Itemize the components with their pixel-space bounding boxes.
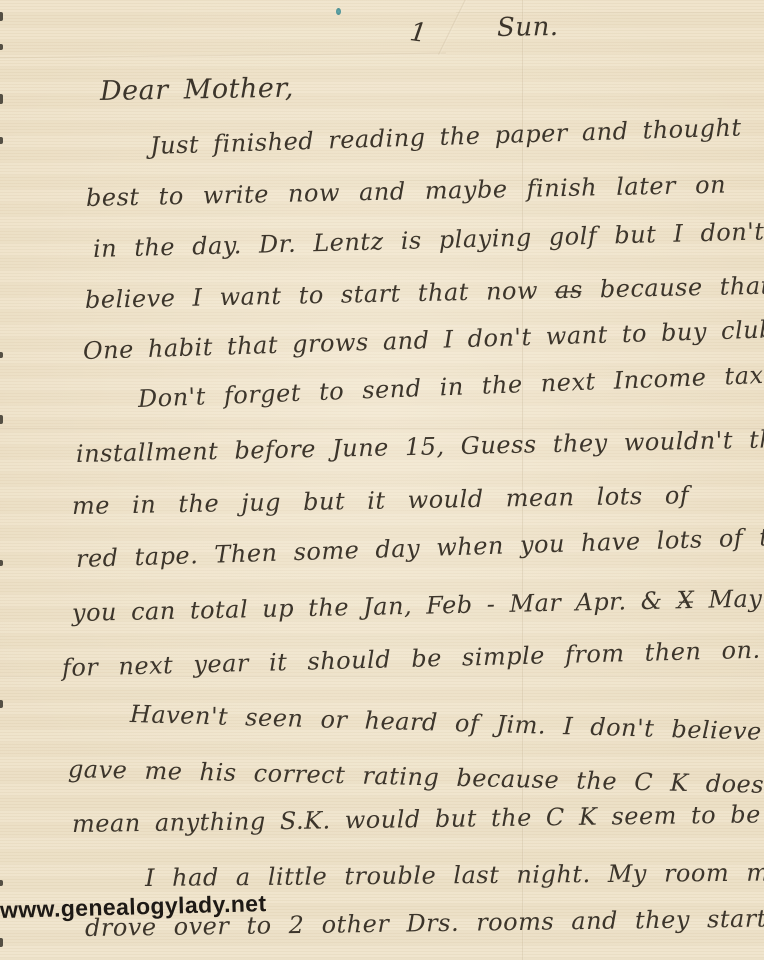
letter-line-6: Don't forget to send in the next Income …	[137, 359, 764, 415]
letter-line-4: believe I want to start that now a̶s̶ be…	[85, 269, 764, 316]
letter-line-12: Haven't seen or heard of Jim. I don't be…	[130, 698, 764, 749]
day-heading: Sun.	[497, 11, 559, 44]
ink-speck	[336, 8, 341, 15]
scan-edge-artifact	[0, 137, 3, 144]
salutation: Dear Mother,	[100, 73, 294, 108]
scan-edge-artifact	[0, 94, 3, 104]
letter-line-10: you can total up the Jan, Feb - Mar Apr.…	[72, 580, 764, 629]
scan-edge-artifact	[0, 880, 3, 886]
letter-line-13: gave me his correct rating because the C…	[68, 753, 764, 802]
letter-line-14: mean anything S.K. would but the C K see…	[72, 797, 764, 840]
letter-line-7: installment before June 15, Guess they w…	[76, 422, 764, 470]
fold-crease-top-diagonal	[438, 0, 468, 55]
fold-crease-top-left	[0, 53, 446, 60]
scan-edge-artifact	[0, 44, 3, 50]
scan-edge-artifact	[0, 938, 3, 947]
scan-edge-artifact	[0, 352, 3, 358]
letter-line-1: Just finished reading the paper and thou…	[149, 111, 742, 162]
scan-edge-artifact	[0, 560, 3, 566]
letter-line-3: in the day. Dr. Lentz is playing golf bu…	[93, 215, 764, 265]
scan-edge-artifact	[0, 700, 3, 708]
letter-line-9: red tape. Then some day when you have lo…	[75, 520, 764, 575]
page-number: 1	[408, 16, 429, 50]
letter-line-8: me in the jug but it would mean lots of	[72, 479, 690, 522]
letter-line-15: I had a little trouble last night. My ro…	[145, 856, 764, 894]
scan-edge-artifact	[0, 12, 3, 21]
scan-edge-artifact	[0, 415, 3, 424]
letter-line-5: One habit that grows and I don't want to…	[82, 311, 764, 367]
letter-line-2: best to write now and maybe finish later…	[86, 169, 727, 214]
letter-line-11: for next year it should be simple from t…	[62, 634, 761, 684]
letter-page: 1 Sun. Dear Mother, Just finished readin…	[0, 0, 764, 960]
